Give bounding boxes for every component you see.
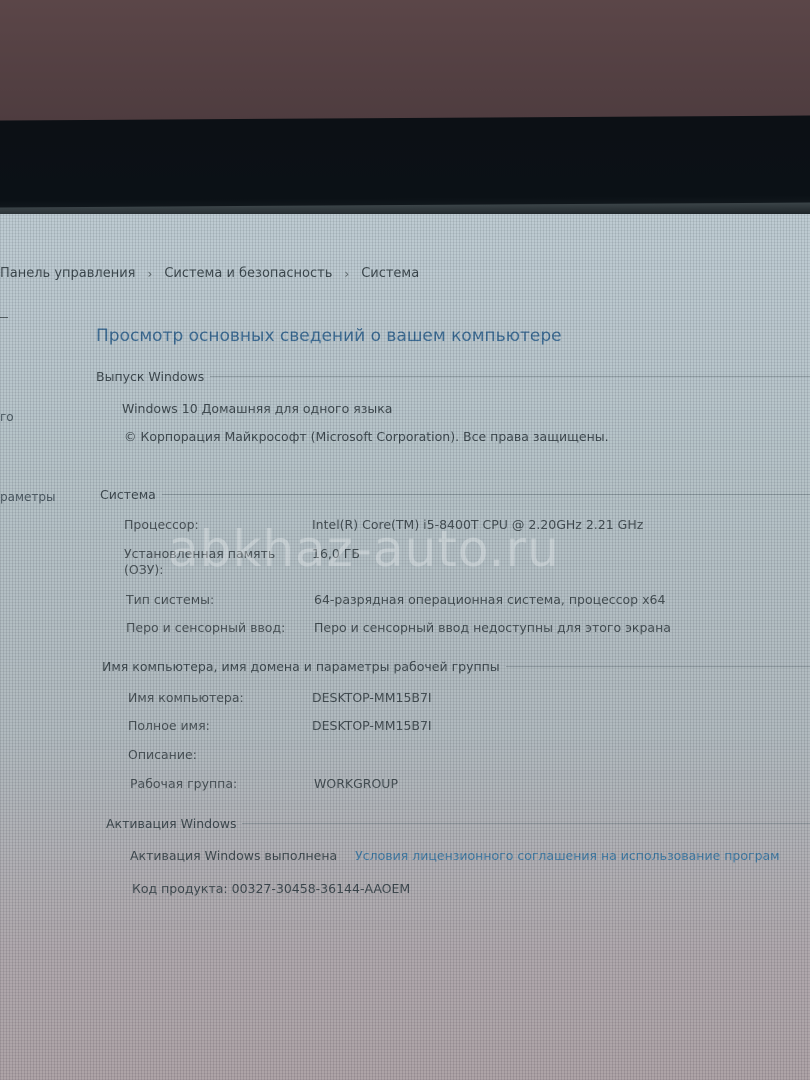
sidebar-link-advanced-settings[interactable]: раметры	[0, 490, 56, 504]
row-label: Полное имя:	[128, 718, 312, 734]
breadcrumb-system-security[interactable]: Система и безопасность	[164, 266, 332, 281]
row-label: Установленная память (ОЗУ):	[124, 546, 294, 578]
row-value: 16,0 ГБ	[312, 546, 360, 578]
background-wall	[0, 0, 810, 122]
activation-row: Активация Windows выполнена Условия лице…	[130, 848, 780, 863]
info-row-description: Описание:	[128, 747, 312, 763]
section-heading: Активация Windows	[106, 816, 236, 831]
section-windows-edition: Выпуск Windows	[96, 369, 810, 384]
info-row-pen-touch: Перо и сенсорный ввод: Перо и сенсорный …	[126, 620, 671, 636]
row-label: Описание:	[128, 747, 312, 763]
row-value: WORKGROUP	[314, 776, 398, 792]
section-system: Система	[100, 487, 810, 502]
product-id-label: Код продукта:	[132, 881, 228, 896]
row-value: DESKTOP-MM15B7I	[312, 690, 432, 706]
row-label: Рабочая группа:	[130, 776, 314, 792]
section-computer-name: Имя компьютера, имя домена и параметры р…	[102, 659, 810, 674]
section-heading: Система	[100, 487, 156, 502]
section-heading: Имя компьютера, имя домена и параметры р…	[102, 659, 500, 674]
info-row-workgroup: Рабочая группа: WORKGROUP	[130, 776, 398, 792]
row-label: Имя компьютера:	[128, 690, 312, 706]
info-row-computer-name: Имя компьютера: DESKTOP-MM15B7I	[128, 690, 432, 706]
copyright-text: © Корпорация Майкрософт (Microsoft Corpo…	[124, 429, 609, 444]
info-row-processor: Процессор: Intel(R) Core(TM) i5-8400T CP…	[124, 517, 643, 533]
info-row-ram: Установленная память (ОЗУ): 16,0 ГБ	[124, 546, 360, 578]
info-row-full-name: Полное имя: DESKTOP-MM15B7I	[128, 718, 432, 734]
product-id-value: 00327-30458-36144-AAOEM	[232, 881, 411, 896]
section-divider	[162, 494, 810, 495]
section-divider	[506, 666, 810, 667]
chevron-right-icon[interactable]: ›	[344, 267, 349, 281]
row-value: Intel(R) Core(TM) i5-8400T CPU @ 2.20GHz…	[312, 517, 643, 533]
section-divider	[210, 376, 810, 377]
sidebar-divider	[0, 317, 8, 318]
row-label: Процессор:	[124, 517, 312, 533]
breadcrumb: Панель управления › Система и безопаснос…	[0, 266, 419, 281]
chevron-right-icon[interactable]: ›	[148, 267, 153, 281]
section-heading: Выпуск Windows	[96, 369, 204, 384]
row-value: Перо и сенсорный ввод недоступны для это…	[314, 620, 671, 636]
row-value: DESKTOP-MM15B7I	[312, 718, 432, 734]
breadcrumb-system[interactable]: Система	[361, 266, 419, 281]
activation-status: Активация Windows выполнена	[130, 848, 337, 863]
system-control-panel-window: Панель управления › Система и безопаснос…	[0, 214, 810, 1080]
page-title: Просмотр основных сведений о вашем компь…	[96, 326, 562, 346]
row-label: Перо и сенсорный ввод:	[126, 620, 314, 636]
section-activation: Активация Windows	[106, 816, 810, 831]
breadcrumb-control-panel[interactable]: Панель управления	[0, 266, 136, 281]
info-row-system-type: Тип системы: 64-разрядная операционная с…	[126, 592, 665, 608]
windows-edition-value: Windows 10 Домашняя для одного языка	[122, 401, 392, 416]
license-terms-link[interactable]: Условия лицензионного соглашения на испо…	[355, 848, 779, 863]
product-id-row: Код продукта: 00327-30458-36144-AAOEM	[132, 881, 410, 896]
row-label: Тип системы:	[126, 592, 314, 608]
row-value: 64-разрядная операционная система, проце…	[314, 592, 665, 608]
sidebar-link-fragment[interactable]: го	[0, 410, 14, 424]
section-divider	[242, 823, 810, 824]
